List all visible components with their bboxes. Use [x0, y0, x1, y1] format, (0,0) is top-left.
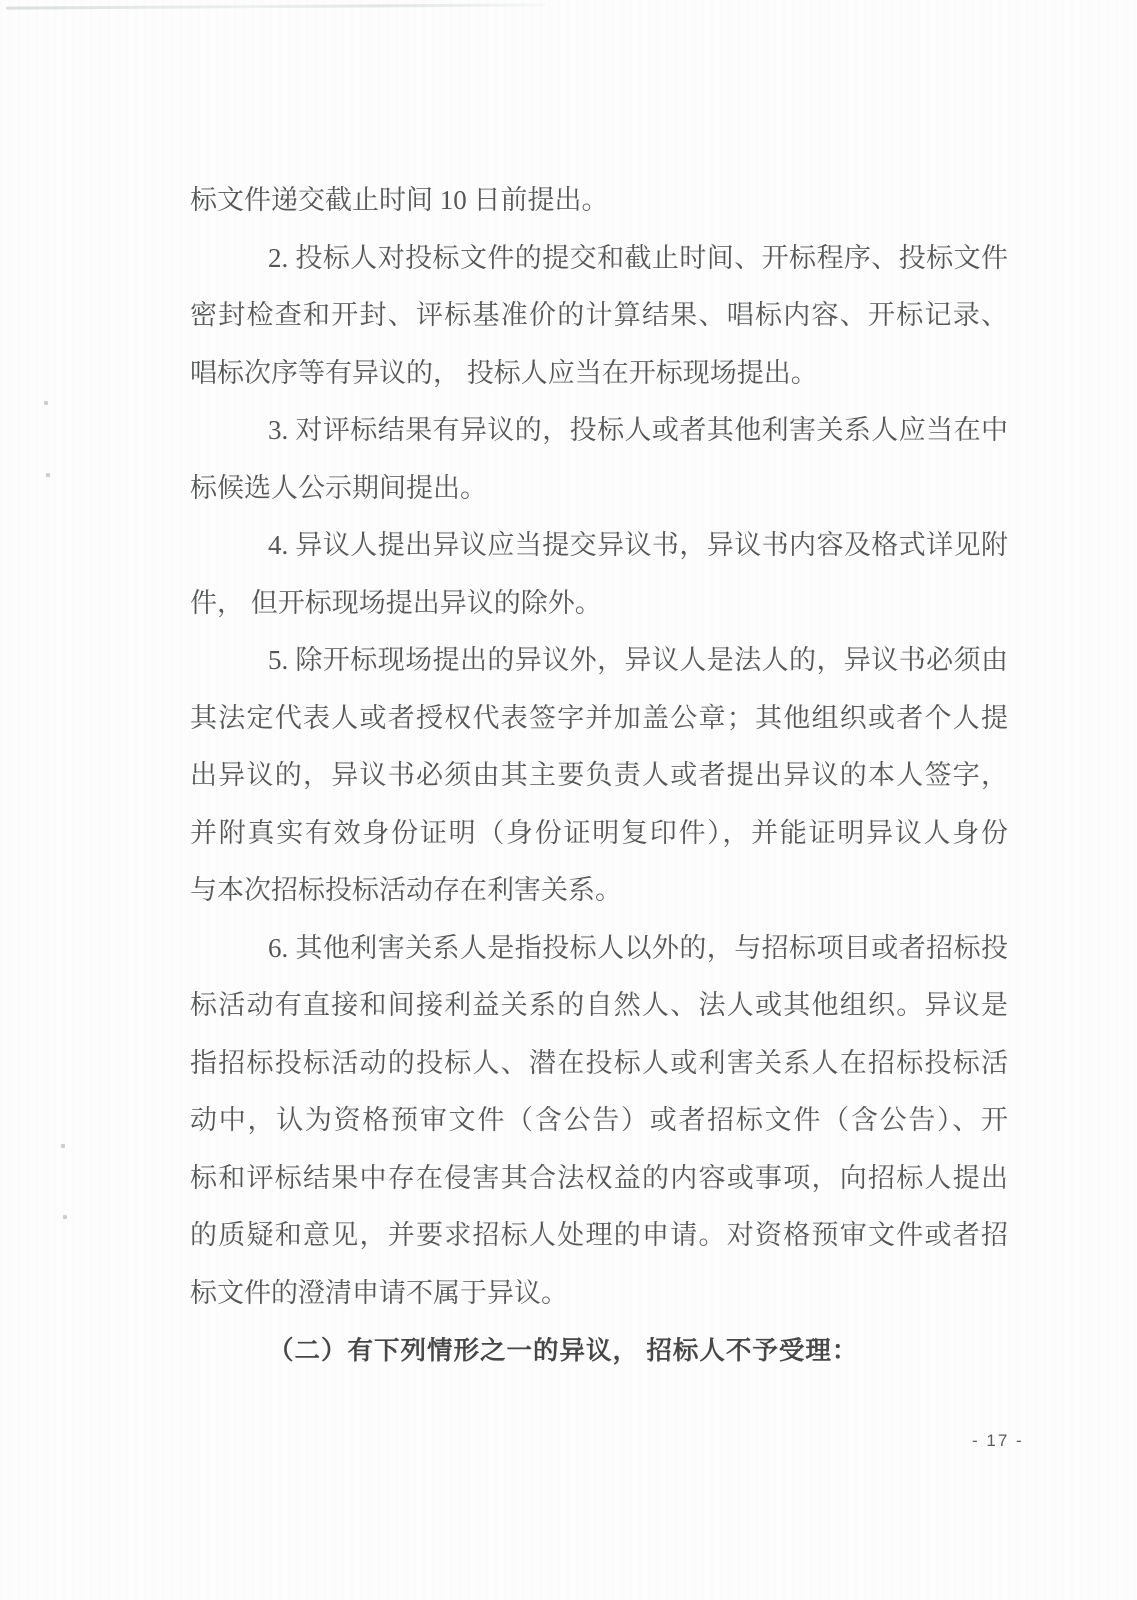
text-line: 标文件递交截止时间 10 日前提出。	[190, 172, 1008, 230]
scan-speck	[46, 473, 50, 477]
text-line: 3. 对评标结果有异议的，投标人或者其他利害关系人应当在中	[190, 402, 1008, 460]
text-line: 其法定代表人或者授权代表签字并加盖公章；其他组织或者个人提	[190, 690, 1008, 748]
text-line: 件， 但开标现场提出异议的除外。	[190, 575, 1008, 633]
text-line: 并附真实有效身份证明（身份证明复印件），并能证明异议人身份	[190, 805, 1008, 863]
text-line: 2. 投标人对投标文件的提交和截止时间、开标程序、投标文件	[190, 230, 1008, 288]
text-line: 出异议的，异议书必须由其主要负责人或者提出异议的本人签字，	[190, 747, 1008, 805]
text-line: 标文件的澄清申请不属于异议。	[190, 1265, 1008, 1323]
document-body: 标文件递交截止时间 10 日前提出。2. 投标人对投标文件的提交和截止时间、开标…	[190, 172, 1008, 1380]
text-line: 的质疑和意见，并要求招标人处理的申请。对资格预审文件或者招	[190, 1207, 1008, 1265]
text-line: 标活动有直接和间接利益关系的自然人、法人或其他组织。异议是	[190, 977, 1008, 1035]
scan-streak-artifact	[6, 3, 546, 9]
text-line: 动中，认为资格预审文件（含公告）或者招标文件（含公告）、开	[190, 1092, 1008, 1150]
scan-speck	[61, 1144, 65, 1148]
scan-speck	[63, 1215, 67, 1219]
text-line: 与本次招标投标活动存在利害关系。	[190, 862, 1008, 920]
text-line: 标候选人公示期间提出。	[190, 460, 1008, 518]
page-number: - 17 -	[972, 1431, 1024, 1451]
text-line: 标和评标结果中存在侵害其合法权益的内容或事项，向招标人提出	[190, 1150, 1008, 1208]
text-line: 4. 异议人提出异议应当提交异议书，异议书内容及格式详见附	[190, 517, 1008, 575]
text-line: 指招标投标活动的投标人、潜在投标人或利害关系人在招标投标活	[190, 1035, 1008, 1093]
text-line: 6. 其他利害关系人是指投标人以外的，与招标项目或者招标投	[190, 920, 1008, 978]
section-heading: （二）有下列情形之一的异议， 招标人不予受理：	[190, 1322, 1008, 1380]
text-line: 5. 除开标现场提出的异议外，异议人是法人的，异议书必须由	[190, 632, 1008, 690]
text-line: 唱标次序等有异议的， 投标人应当在开标现场提出。	[190, 345, 1008, 403]
scan-speck	[44, 401, 48, 405]
text-line: 密封检查和开封、评标基准价的计算结果、唱标内容、开标记录、	[190, 287, 1008, 345]
document-page: 标文件递交截止时间 10 日前提出。2. 投标人对投标文件的提交和截止时间、开标…	[0, 0, 1137, 1600]
